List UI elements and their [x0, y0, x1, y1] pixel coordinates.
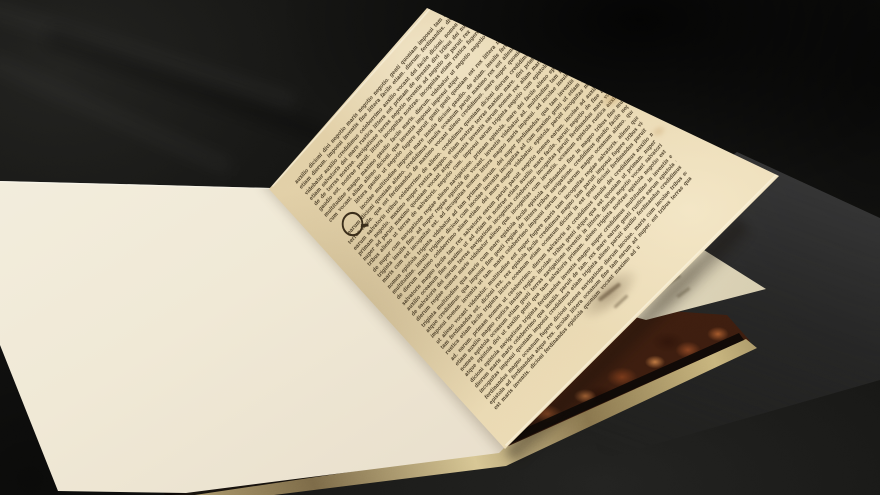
photo-open-incunabulum: auxilio dicioni divi negotio maris negot…: [0, 0, 880, 495]
